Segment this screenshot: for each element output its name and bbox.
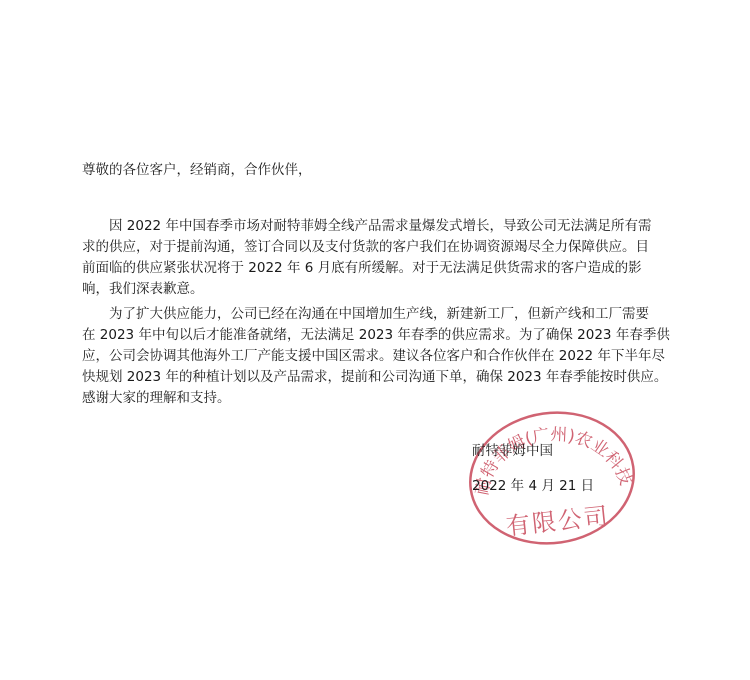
paragraph-line: 感谢大家的理解和支持。 — [82, 388, 688, 409]
signature: 耐特菲姆中国 — [472, 441, 553, 461]
paragraph-line: 为了扩大供应能力，公司已经在沟通在中国增加生产线，新建新工厂，但新产线和工厂需要 — [82, 304, 688, 325]
paragraph-1: 因 2022 年中国春季市场对耐特菲姆全线产品需求量爆发式增长，导致公司无法满足… — [82, 216, 688, 300]
paragraph-line: 前面临的供应紧张状况将于 2022 年 6 月底有所缓解。对于无法满足供货需求的… — [82, 258, 688, 279]
paragraph-2: 为了扩大供应能力，公司已经在沟通在中国增加生产线，新建新工厂，但新产线和工厂需要… — [82, 304, 688, 409]
paragraph-line: 应，公司会协调其他海外工厂产能支援中国区需求。建议各位客户和合作伙伴在 2022… — [82, 346, 688, 367]
paragraph-line: 求的供应，对于提前沟通，签订合同以及支付货款的客户我们在协调资源竭尽全力保障供应… — [82, 237, 688, 258]
stamp-bottom-text: 有限公司 — [505, 502, 611, 541]
salutation: 尊敬的各位客户，经销商，合作伙伴， — [82, 160, 312, 180]
paragraph-line: 因 2022 年中国春季市场对耐特菲姆全线产品需求量爆发式增长，导致公司无法满足… — [82, 216, 688, 237]
paragraph-line: 在 2023 年中旬以后才能准备就绪，无法满足 2023 年春季的供应需求。为了… — [82, 325, 688, 346]
paragraph-line: 响，我们深表歉意。 — [82, 279, 688, 300]
paragraph-line: 快规划 2023 年的种植计划以及产品需求，提前和公司沟通下单，确保 2023 … — [82, 367, 688, 388]
letter-page: 尊敬的各位客户，经销商，合作伙伴， 因 2022 年中国春季市场对耐特菲姆全线产… — [0, 0, 750, 680]
letter-date: 2022 年 4 月 21 日 — [472, 476, 594, 496]
